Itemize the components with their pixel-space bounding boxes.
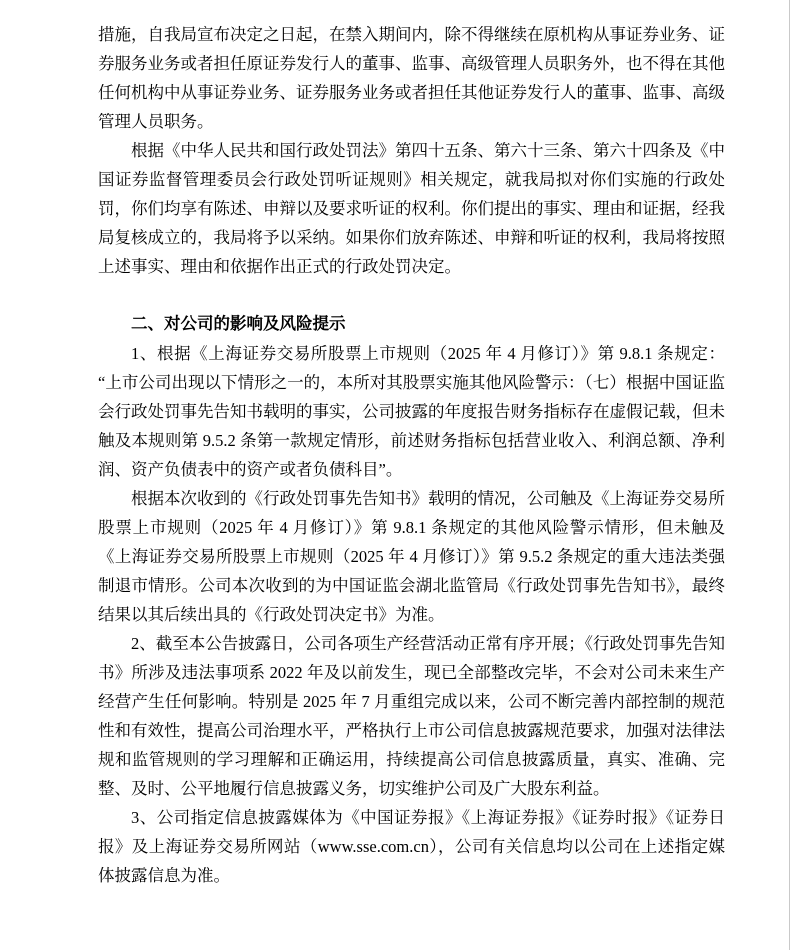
document-page: 措施，自我局宣布决定之日起，在禁入期间内，除不得继续在原机构从事证券业务、证券服… (0, 0, 794, 950)
page-right-border (789, 0, 790, 950)
paragraph: 根据《中华人民共和国行政处罚法》第四十五条、第六十三条、第六十四条及《中国证券监… (98, 136, 725, 281)
document-body: 措施，自我局宣布决定之日起，在禁入期间内，除不得继续在原机构从事证券业务、证券服… (98, 20, 725, 890)
section-heading: 二、对公司的影响及风险提示 (98, 310, 725, 339)
paragraph: 2、截至本公告披露日，公司各项生产经营活动正常有序开展；《行政处罚事先告知书》所… (98, 629, 725, 803)
paragraph: 3、公司指定信息披露媒体为《中国证券报》《上海证券报》《证券时报》《证券日报》及… (98, 803, 725, 890)
paragraph: 措施，自我局宣布决定之日起，在禁入期间内，除不得继续在原机构从事证券业务、证券服… (98, 20, 725, 136)
paragraph: 1、根据《上海证券交易所股票上市规则（2025 年 4 月修订）》第 9.8.1… (98, 339, 725, 484)
paragraph: 根据本次收到的《行政处罚事先告知书》载明的情况，公司触及《上海证券交易所股票上市… (98, 484, 725, 629)
